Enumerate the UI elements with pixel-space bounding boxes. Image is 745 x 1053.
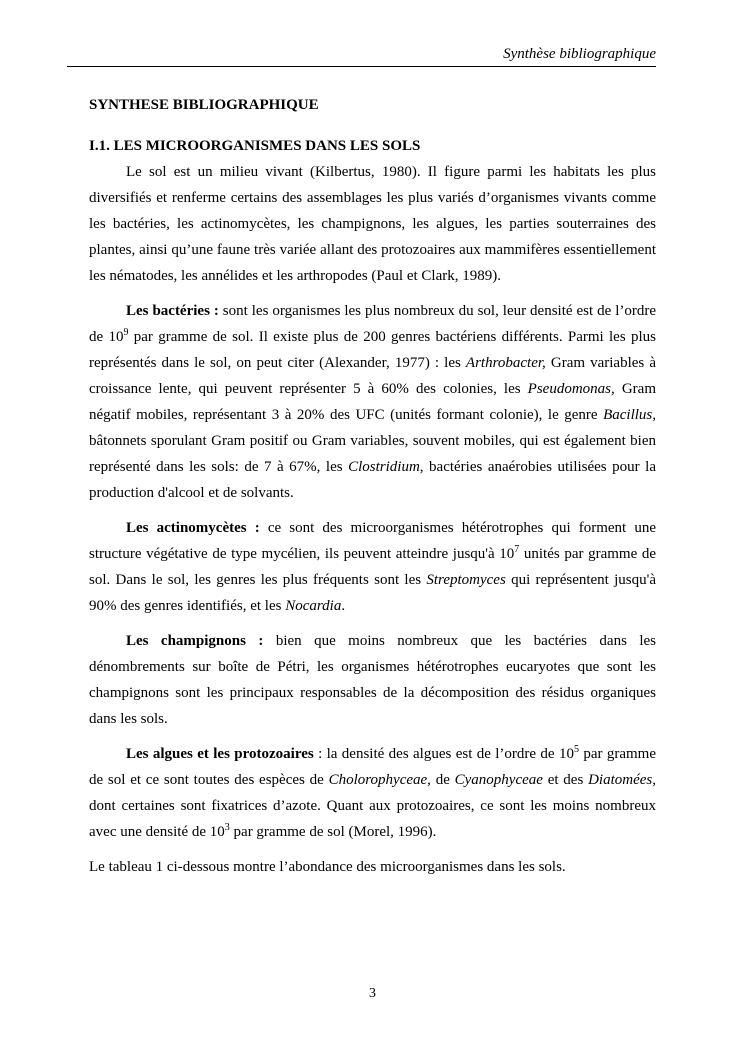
paragraph-bacteries: Les bactéries : sont les organismes les … [89,298,656,506]
page-footer: 3 [0,986,745,1002]
section-heading: I.1. LES MICROORGANISMES DANS LES SOLS [89,138,656,155]
paragraph-champignons: Les champignons : bien que moins nombreu… [89,628,656,732]
paragraph-algues-protozoaires: Les algues et les protozoaires : la dens… [89,741,656,845]
page-number: 3 [369,986,376,1001]
paragraph-tableau-reference: Le tableau 1 ci-dessous montre l’abondan… [89,854,656,880]
paragraph-intro: Le sol est un milieu vivant (Kilbertus, … [89,159,656,289]
document-title: SYNTHESE BIBLIOGRAPHIQUE [89,97,656,114]
running-header-title: Synthèse bibliographique [503,46,656,62]
document-page: Synthèse bibliographique SYNTHESE BIBLIO… [0,0,745,1053]
running-header: Synthèse bibliographique [67,45,656,67]
paragraph-actinomycetes: Les actinomycètes : ce sont des microorg… [89,515,656,619]
